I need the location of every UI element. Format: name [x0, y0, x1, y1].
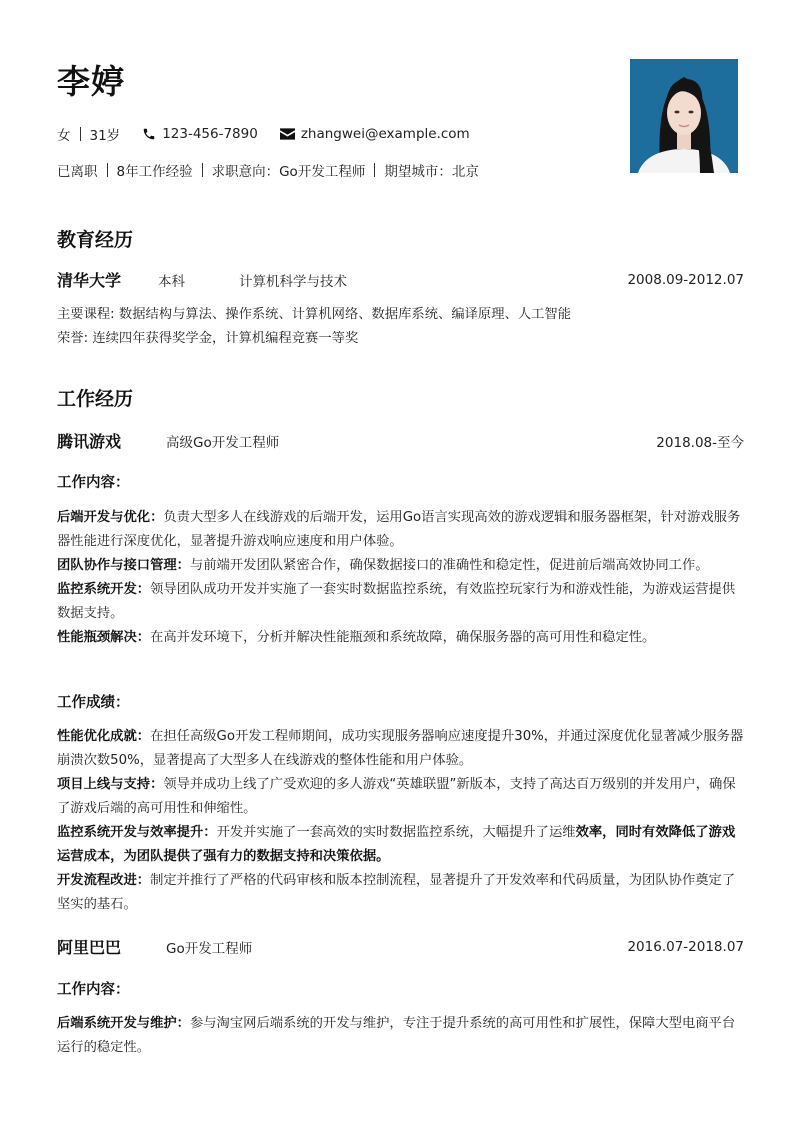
- envelope-icon: [280, 128, 295, 140]
- education-date: 2008.09-2012.07: [627, 272, 744, 288]
- courses: 主要课程: 数据结构与算法、操作系统、计算机网络、数据库系统、编译原理、人工智能: [57, 303, 747, 327]
- job-content-item: 性能瓶颈解决：在高并发环境下，分析并解决性能瓶颈和系统故障，确保服务器的高可用性…: [57, 626, 747, 650]
- divider: [202, 163, 203, 177]
- employment-status: 已离职: [57, 160, 98, 180]
- job-content-item: 监控系统开发：领导团队成功开发并实施了一套实时数据监控系统，有效监控玩家行为和游…: [57, 578, 747, 626]
- school-name: 清华大学: [57, 268, 121, 291]
- honors: 荣誉: 连续四年获得奖学金，计算机编程竞赛一等奖: [57, 327, 747, 351]
- job-content-list: 后端系统开发与维护：参与淘宝网后端系统的开发与维护，专注于提升系统的高可用性和扩…: [57, 1012, 747, 1060]
- achievement-item: 项目上线与支持：领导并成功上线了广受欢迎的多人游戏“英雄联盟”新版本，支持了高达…: [57, 773, 747, 821]
- job-content-list: 后端开发与优化：负责大型多人在线游戏的后端开发，运用Go语言实现高效的游戏逻辑和…: [57, 506, 747, 650]
- gender: 女: [57, 124, 71, 144]
- job-entry-header: 腾讯游戏 高级Go开发工程师 2018.08-至今: [57, 429, 744, 452]
- job-date: 2018.08-至今: [656, 431, 744, 451]
- email-address[interactable]: zhangwei@example.com: [301, 126, 470, 142]
- item-label: 监控系统开发：: [57, 582, 150, 597]
- section-title-education: 教育经历: [57, 225, 133, 252]
- candidate-name: 李婷: [57, 56, 125, 103]
- achievement-item: 开发流程改进：制定并推行了严格的代码审核和版本控制流程，显著提升了开发效率和代码…: [57, 869, 747, 917]
- company-name: 阿里巴巴: [57, 935, 121, 958]
- expected-city: 期望城市：北京: [384, 160, 479, 180]
- item-label: 项目上线与支持：: [57, 777, 163, 792]
- phone-number[interactable]: 123-456-7890: [162, 126, 258, 142]
- item-label: 性能优化成就：: [57, 729, 150, 744]
- degree: 本科: [158, 270, 185, 290]
- basic-info-line: 女 31岁 123-456-7890 zhangwei@example.com: [57, 124, 470, 144]
- phone-icon: [142, 127, 156, 141]
- job-achievements-title: 工作成绩：: [57, 691, 130, 712]
- item-text: 与前端开发团队紧密合作，确保数据接口的准确性和稳定性，促进前后端高效协同工作。: [190, 558, 709, 573]
- education-entry-header: 清华大学 本科 计算机科学与技术 2008.09-2012.07: [57, 268, 744, 291]
- item-label: 团队协作与接口管理：: [57, 558, 190, 573]
- job-content-item: 后端系统开发与维护：参与淘宝网后端系统的开发与维护，专注于提升系统的高可用性和扩…: [57, 1012, 747, 1060]
- portrait-image: [630, 59, 738, 173]
- work-experience: 8年工作经验: [117, 160, 193, 180]
- job-date: 2016.07-2018.07: [627, 939, 744, 955]
- item-label: 后端开发与优化：: [57, 510, 163, 525]
- job-achievements-list: 性能优化成就：在担任高级Go开发工程师期间，成功实现服务器响应速度提升30%，并…: [57, 725, 747, 917]
- job-intent: 求职意向：Go开发工程师: [212, 160, 366, 180]
- divider: [374, 163, 375, 177]
- item-label: 监控系统开发与效率提升：: [57, 825, 217, 840]
- major: 计算机科学与技术: [239, 270, 347, 290]
- section-title-work: 工作经历: [57, 384, 133, 411]
- job-content-title: 工作内容：: [57, 978, 130, 999]
- job-entry-header: 阿里巴巴 Go开发工程师 2016.07-2018.07: [57, 935, 744, 958]
- company-name: 腾讯游戏: [57, 429, 121, 452]
- phone-contact: 123-456-7890: [142, 126, 258, 142]
- item-text: 在担任高级Go开发工程师期间，成功实现服务器响应速度提升30%，并通过深度优化显…: [57, 729, 743, 768]
- job-position: 高级Go开发工程师: [166, 431, 279, 451]
- age: 31岁: [90, 124, 121, 144]
- profile-photo: [630, 59, 738, 173]
- item-label: 后端系统开发与维护：: [57, 1016, 190, 1031]
- job-position: Go开发工程师: [166, 937, 252, 957]
- job-content-item: 团队协作与接口管理：与前端开发团队紧密合作，确保数据接口的准确性和稳定性，促进前…: [57, 554, 747, 578]
- item-text: 在高并发环境下，分析并解决性能瓶颈和系统故障，确保服务器的高可用性和稳定性。: [150, 630, 655, 645]
- item-label: 性能瓶颈解决：: [57, 630, 150, 645]
- job-content-title: 工作内容：: [57, 471, 130, 492]
- courses-text: 数据结构与算法、操作系统、计算机网络、数据库系统、编译原理、人工智能: [119, 307, 571, 322]
- education-details: 主要课程: 数据结构与算法、操作系统、计算机网络、数据库系统、编译原理、人工智能…: [57, 303, 747, 351]
- item-text: 开发并实施了一套高效的实时数据监控系统，大幅提升了运维: [217, 825, 576, 840]
- item-text: 领导团队成功开发并实施了一套实时数据监控系统，有效监控玩家行为和游戏性能，为游戏…: [57, 582, 735, 621]
- honors-label: 荣誉:: [57, 331, 92, 346]
- job-intent-line: 已离职 8年工作经验 求职意向：Go开发工程师 期望城市：北京: [57, 160, 479, 180]
- courses-label: 主要课程:: [57, 307, 119, 322]
- achievement-item: 性能优化成就：在担任高级Go开发工程师期间，成功实现服务器响应速度提升30%，并…: [57, 725, 747, 773]
- achievement-item: 监控系统开发与效率提升：开发并实施了一套高效的实时数据监控系统，大幅提升了运维效…: [57, 821, 747, 869]
- divider: [80, 127, 81, 141]
- honors-text: 连续四年获得奖学金，计算机编程竞赛一等奖: [92, 331, 358, 346]
- item-text: 制定并推行了严格的代码审核和版本控制流程，显著提升了开发效率和代码质量，为团队协…: [57, 873, 735, 912]
- divider: [107, 163, 108, 177]
- email-contact: zhangwei@example.com: [280, 126, 470, 142]
- item-label: 开发流程改进：: [57, 873, 150, 888]
- job-content-item: 后端开发与优化：负责大型多人在线游戏的后端开发，运用Go语言实现高效的游戏逻辑和…: [57, 506, 747, 554]
